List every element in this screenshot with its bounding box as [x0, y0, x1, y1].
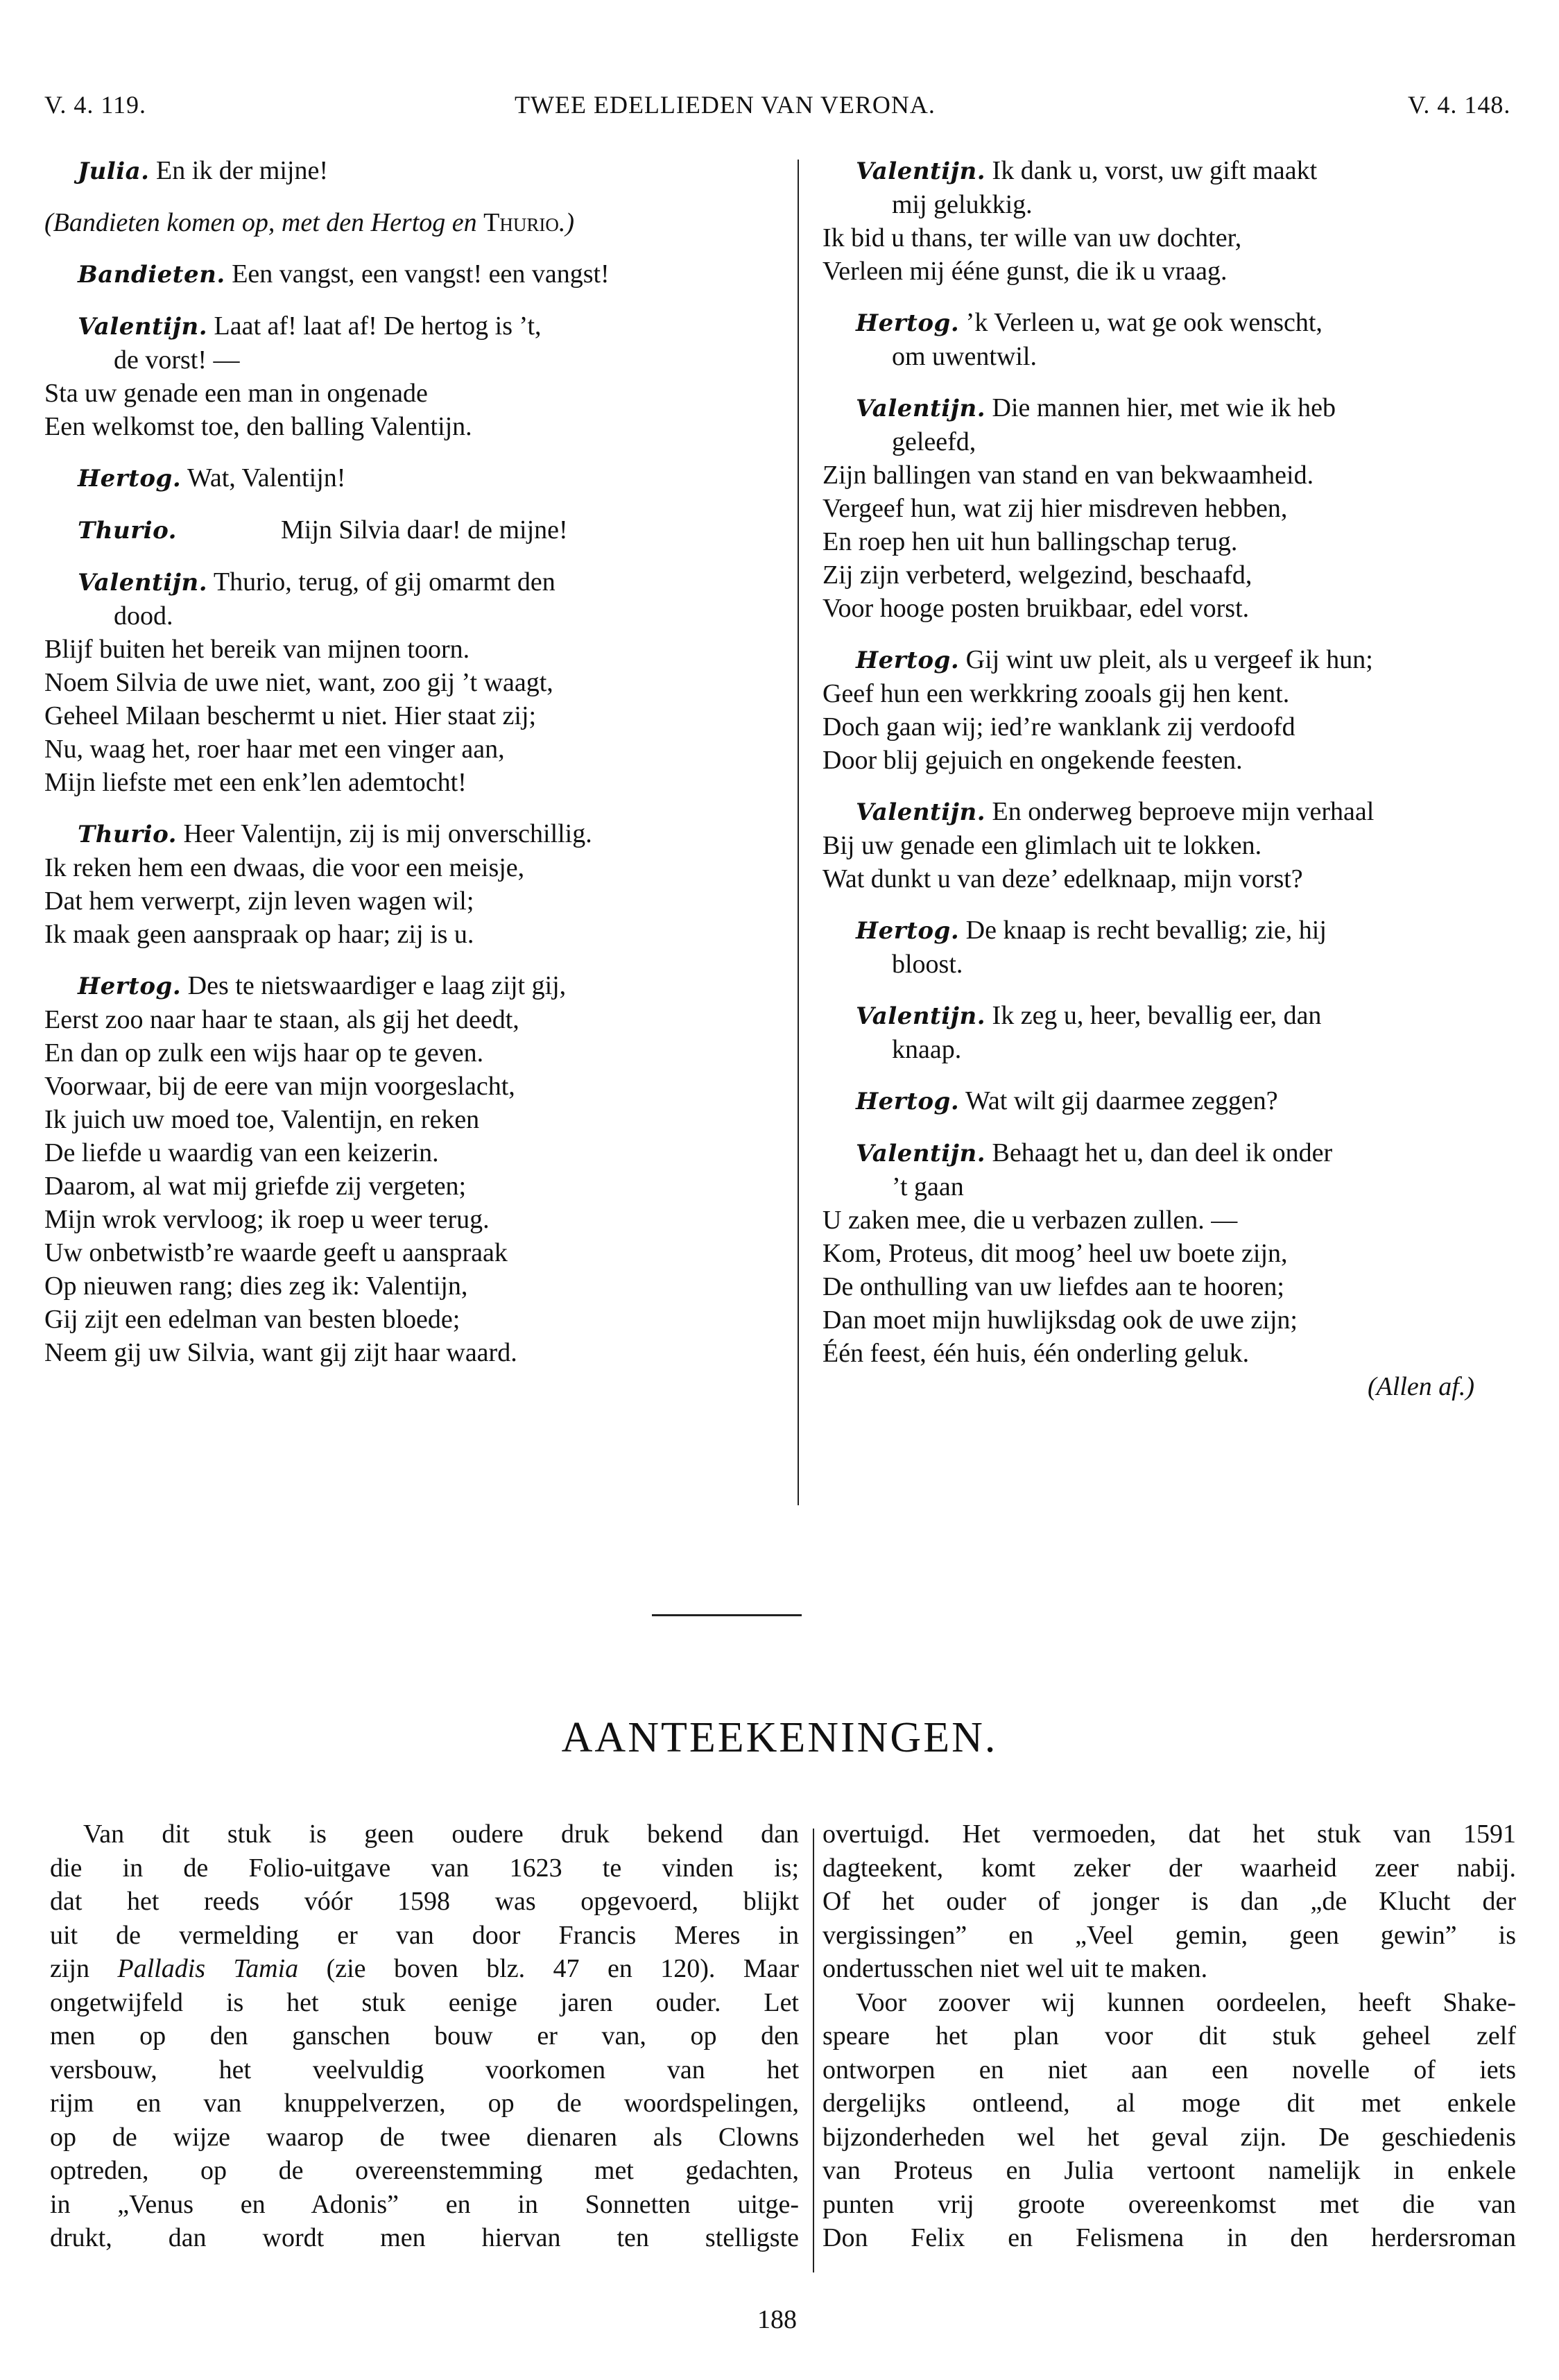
column-divider: [798, 160, 799, 1505]
stage-direction: (Bandieten komen op, met den Hertog en T…: [44, 206, 766, 239]
speech-valentijn: Valentijn. En onderweg beproeve mijn ver…: [822, 795, 1516, 896]
section-rule: [652, 1614, 802, 1616]
speech-valentijn: Valentijn. Die mannen hier, met wie ik h…: [822, 391, 1516, 625]
book-page: V. 4. 119. TWEE EDELLIEDEN VAN VERONA. V…: [0, 0, 1559, 2380]
notes-heading: AANTEEKENINGEN.: [0, 1713, 1559, 1763]
speaker-name: Thurio.: [78, 821, 177, 848]
speaker-name: Valentijn.: [856, 157, 985, 185]
speaker-name: Julia.: [78, 157, 150, 185]
speaker-name: Hertog.: [856, 917, 959, 945]
speaker-name: Hertog.: [856, 1088, 959, 1115]
speech-hertog: Hertog. De knaap is recht bevallig; zie,…: [822, 914, 1516, 981]
drama-column-left: Julia. En ik der mijne! (Bandieten komen…: [44, 154, 766, 1369]
speech-thurio: Thurio.Mijn Silvia daar! de mijne!: [44, 513, 766, 547]
speaker-name: Hertog.: [78, 973, 181, 1000]
verse-reference-start: V. 4. 119.: [44, 90, 146, 119]
speech-thurio: Thurio. Heer Valentijn, zij is mij onver…: [44, 817, 766, 951]
exit-stage-direction: (Allen af.): [822, 1370, 1516, 1403]
page-number: 188: [757, 2304, 797, 2335]
speech-hertog: Hertog. Wat, Valentijn!: [44, 461, 766, 495]
speaker-name: Valentijn.: [856, 798, 985, 826]
speech-julia: Julia. En ik der mijne!: [44, 154, 766, 188]
speech-hertog: Hertog. Gij wint uw pleit, als u vergeef…: [822, 643, 1516, 777]
speaker-name: Valentijn.: [78, 569, 207, 597]
speaker-name: Hertog.: [856, 309, 959, 337]
speaker-name: Hertog.: [856, 647, 959, 674]
speech-valentijn: Valentijn. Ik dank u, vorst, uw gift maa…: [822, 154, 1516, 288]
speaker-name: Thurio.: [78, 517, 177, 545]
notes-line-with-title: zijn Palladis Tamia (zie boven blz. 47 e…: [50, 1952, 799, 1986]
drama-column-right: Valentijn. Ik dank u, vorst, uw gift maa…: [822, 154, 1516, 1403]
verse-reference-end: V. 4. 148.: [1408, 90, 1510, 119]
speech-valentijn: Valentijn. Laat af! laat af! De hertog i…: [44, 309, 766, 443]
speaker-name: Hertog.: [78, 465, 181, 493]
running-head: V. 4. 119. TWEE EDELLIEDEN VAN VERONA. V…: [0, 90, 1559, 125]
speaker-name: Valentijn.: [78, 313, 207, 341]
speech-hertog: Hertog. ’k Verleen u, wat ge ook wenscht…: [822, 306, 1516, 373]
speech-valentijn: Valentijn. Thurio, terug, of gij omarmt …: [44, 565, 766, 799]
running-title: TWEE EDELLIEDEN VAN VERONA.: [515, 90, 936, 119]
speech-hertog: Hertog. Wat wilt gij daarmee zeggen?: [822, 1084, 1516, 1118]
notes-column-divider: [813, 1829, 814, 2272]
speaker-name: Valentijn.: [856, 1002, 985, 1030]
speech-hertog: Hertog. Des te nietswaardiger e laag zij…: [44, 969, 766, 1369]
speech-valentijn: Valentijn. Ik zeg u, heer, bevallig eer,…: [822, 999, 1516, 1066]
speaker-name: Valentijn.: [856, 395, 985, 422]
notes-column-right: overtuigd. Het vermoeden, dat het stuk v…: [822, 1817, 1516, 2255]
work-title: Palladis Tamia: [117, 1954, 298, 1983]
speaker-name: Valentijn.: [856, 1140, 985, 1167]
speaker-name: Bandieten.: [78, 261, 225, 289]
speech-valentijn: Valentijn. Behaagt het u, dan deel ik on…: [822, 1136, 1516, 1370]
notes-column-left: Van dit stuk is geen oudere druk bekend …: [50, 1817, 799, 2255]
speech-bandieten: Bandieten. Een vangst, een vangst! een v…: [44, 257, 766, 291]
